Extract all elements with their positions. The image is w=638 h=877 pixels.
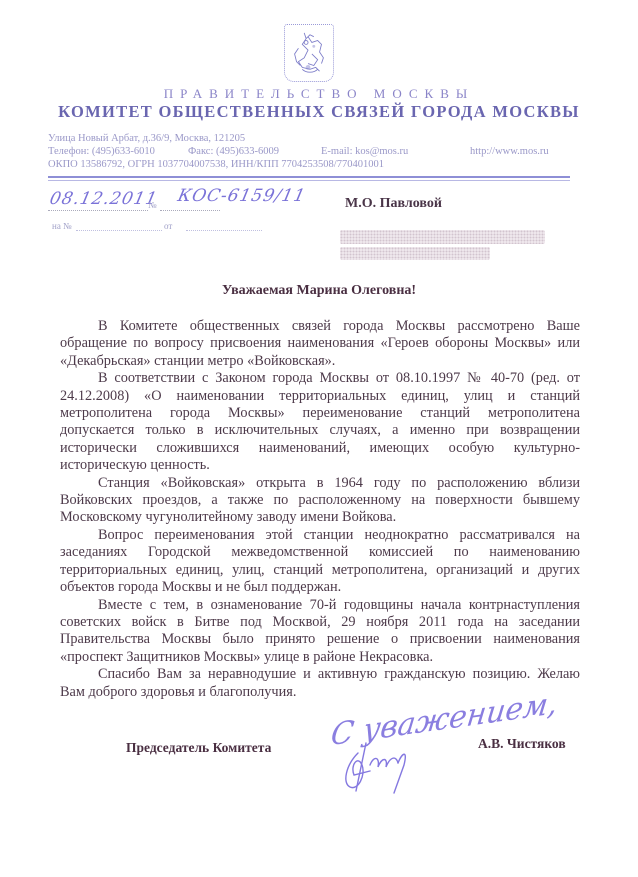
- redacted-address-line-1: [340, 230, 545, 244]
- signer-name: А.В. Чистяков: [478, 736, 566, 752]
- recipient-name: М.О. Павловой: [345, 196, 442, 212]
- redacted-address-line-2: [340, 247, 490, 260]
- reference-number-label: на №: [52, 221, 72, 231]
- st-george-crest-icon: [285, 25, 333, 81]
- reference-number-line: [76, 230, 162, 231]
- body-paragraph: Станция «Войковская» открыта в 1964 году…: [60, 475, 580, 527]
- letter-body: В Комитете общественных связей города Мо…: [60, 318, 580, 701]
- letterhead-divider-thin: [48, 180, 570, 181]
- committee-title: КОМИТЕТ ОБЩЕСТВЕННЫХ СВЯЗЕЙ ГОРОДА МОСКВ…: [0, 102, 638, 122]
- signature-icon: [336, 735, 426, 795]
- number-line: [160, 210, 220, 211]
- body-paragraph: Вместе с тем, в ознаменование 70-й годов…: [60, 597, 580, 667]
- website: http://www.mos.ru: [470, 146, 549, 157]
- reference-date-label: от: [164, 221, 172, 231]
- date-line: [48, 210, 148, 211]
- body-paragraph: В соответствии с Законом города Москвы о…: [60, 370, 580, 474]
- email: E-mail: kos@mos.ru: [321, 146, 408, 157]
- fax: Факс: (495)633-6009: [188, 146, 279, 157]
- outgoing-date: 08.12.2011: [48, 189, 160, 209]
- letterhead-divider: [48, 176, 570, 178]
- signer-title: Председатель Комитета: [126, 740, 271, 756]
- address: Улица Новый Арбат, д.36/9, Москва, 12120…: [48, 133, 245, 144]
- phone: Телефон: (495)633-6010: [48, 146, 155, 157]
- body-paragraph: Вопрос переименования этой станции неодн…: [60, 527, 580, 597]
- body-paragraph: В Комитете общественных связей города Мо…: [60, 318, 580, 370]
- outgoing-number: КОС-6159/11: [176, 186, 308, 206]
- number-label: №: [148, 200, 157, 210]
- government-title: ПРАВИТЕЛЬСТВО МОСКВЫ: [0, 86, 638, 102]
- moscow-coat-of-arms-icon: [284, 24, 334, 82]
- reference-date-line: [186, 230, 262, 231]
- greeting: Уважаемая Марина Олеговна!: [0, 283, 638, 299]
- registration-codes: ОКПО 13586792, ОГРН 1037704007538, ИНН/К…: [48, 159, 384, 170]
